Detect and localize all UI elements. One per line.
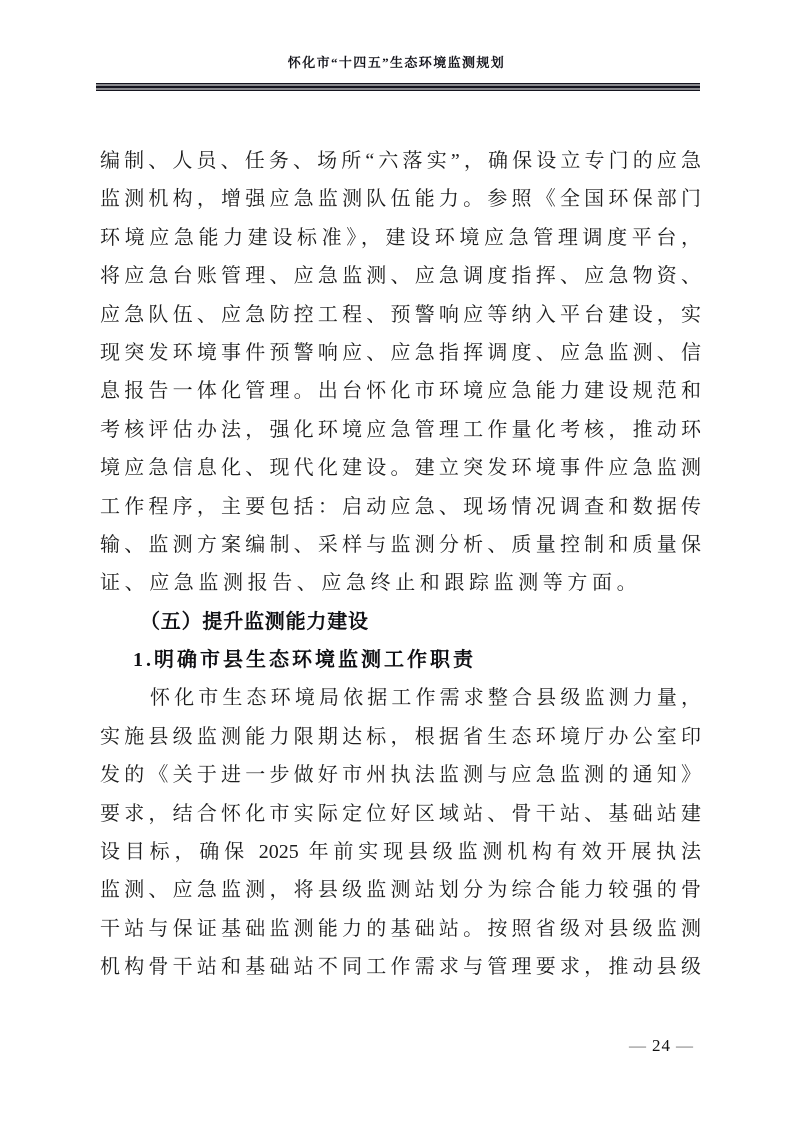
paragraph-line: 实施县级监测能力限期达标，根据省生态环境厅办公室印 xyxy=(100,718,701,756)
paragraph-line: 机构骨干站和基础站不同工作需求与管理要求，推动县级 xyxy=(100,948,701,986)
paragraph-line: 输、监测方案编制、采样与监测分析、质量控制和质量保 xyxy=(100,526,701,564)
page-number-dash-right: — xyxy=(671,1036,699,1055)
paragraph-line: 编制、人员、任务、场所“六落实”，确保设立专门的应急 xyxy=(100,142,701,180)
paragraph-line: 监测、应急监测，将县级监测站划分为综合能力较强的骨 xyxy=(100,871,701,909)
page-number-value: 24 xyxy=(652,1036,671,1055)
page-number-dash-left: — xyxy=(624,1036,652,1055)
subsection-heading: 1.明确市县生态环境监测工作职责 xyxy=(100,641,701,679)
document-page: 怀化市“十四五”生态环境监测规划 编制、人员、任务、场所“六落实”，确保设立专门… xyxy=(0,0,793,1122)
paragraph-line: 工作程序，主要包括：启动应急、现场情况调查和数据传 xyxy=(100,488,701,526)
paragraph-line: 将应急台账管理、应急监测、应急调度指挥、应急物资、 xyxy=(100,257,701,295)
page-header-title: 怀化市“十四五”生态环境监测规划 xyxy=(0,52,793,71)
paragraph-line: 设目标，确保 2025 年前实现县级监测机构有效开展执法 xyxy=(100,833,701,871)
paragraph-line: 怀化市生态环境局依据工作需求整合县级监测力量， xyxy=(100,679,701,717)
paragraph-line: 现突发环境事件预警响应、应急指挥调度、应急监测、信 xyxy=(100,334,701,372)
page-number: —24— xyxy=(624,1036,699,1056)
paragraph-line: 证、应急监测报告、应急终止和跟踪监测等方面。 xyxy=(100,564,701,602)
paragraph-line: 监测机构，增强应急监测队伍能力。参照《全国环保部门 xyxy=(100,180,701,218)
paragraph-line: 干站与保证基础监测能力的基础站。按照省级对县级监测 xyxy=(100,910,701,948)
paragraph-line: 应急队伍、应急防控工程、预警响应等纳入平台建设，实 xyxy=(100,296,701,334)
body-text: 编制、人员、任务、场所“六落实”，确保设立专门的应急 监测机构，增强应急监测队伍… xyxy=(100,142,701,987)
paragraph-line: 考核评估办法，强化环境应急管理工作量化考核，推动环 xyxy=(100,411,701,449)
paragraph-line: 息报告一体化管理。出台怀化市环境应急能力建设规范和 xyxy=(100,372,701,410)
header-rule xyxy=(96,83,700,91)
section-heading: （五）提升监测能力建设 xyxy=(100,603,701,641)
paragraph-line: 环境应急能力建设标准》，建设环境应急管理调度平台， xyxy=(100,219,701,257)
paragraph-line: 境应急信息化、现代化建设。建立突发环境事件应急监测 xyxy=(100,449,701,487)
paragraph-line: 发的《关于进一步做好市州执法监测与应急监测的通知》 xyxy=(100,756,701,794)
paragraph-line: 要求，结合怀化市实际定位好区域站、骨干站、基础站建 xyxy=(100,795,701,833)
